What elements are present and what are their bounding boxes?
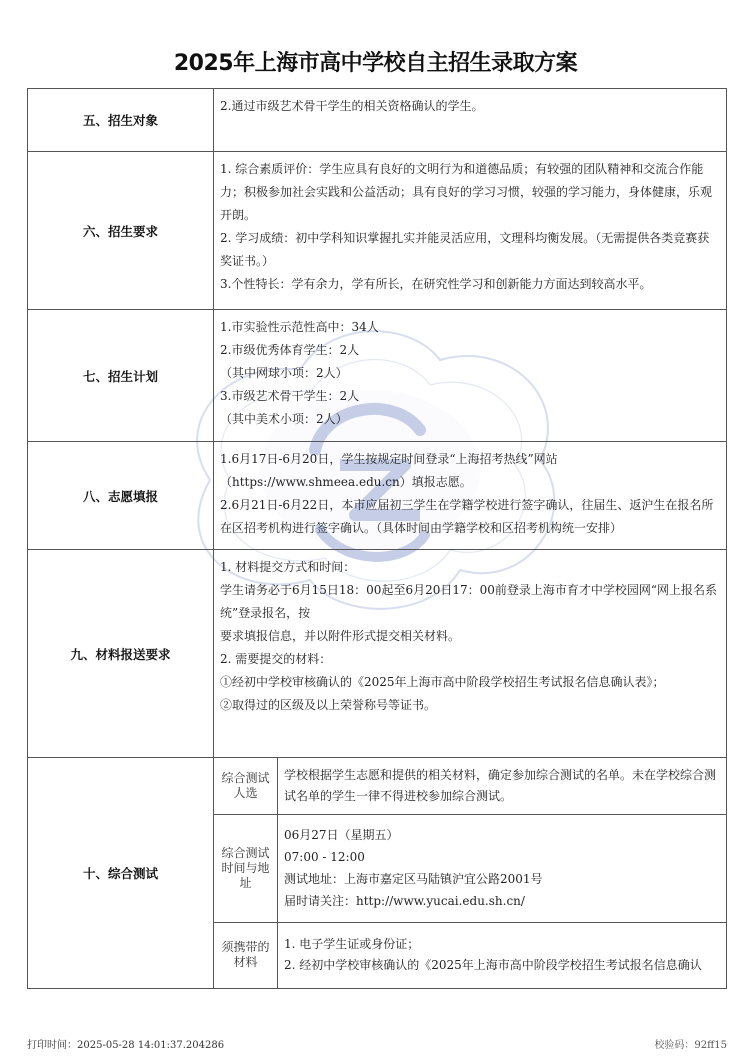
content-line: 3.个性特长：学有余力，学有所长，在研究性学习和创新能力方面达到较高水平。	[220, 273, 720, 296]
content-line: ②取得过的区级及以上荣誉称号等证书。	[220, 694, 720, 717]
section-content: 1. 材料提交方式和时间： 学生请务必于6月15日18：00起至6月20日17：…	[214, 550, 727, 758]
content-line: 1. 材料提交方式和时间：	[220, 556, 720, 579]
subrow-content: 06月27日（星期五） 07:00 - 12:00 测试地址：上海市嘉定区马陆镇…	[278, 814, 727, 922]
comprehensive-test-subtable: 综合测试人选 学校根据学生志愿和提供的相关材料，确定参加综合测试的名单。未在学校…	[214, 758, 726, 988]
section-row-materials: 九、材料报送要求 1. 材料提交方式和时间： 学生请务必于6月15日18：00起…	[28, 550, 727, 758]
content-line: （其中美术小项：2人）	[220, 408, 720, 431]
check-code: 校验码：92ff15	[654, 1036, 727, 1051]
section-label: 九、材料报送要求	[28, 550, 214, 758]
subrow-content: 学校根据学生志愿和提供的相关材料，确定参加综合测试的名单。未在学校综合测试名单的…	[278, 758, 727, 814]
content-line: ①经初中学校审核确认的《2025年上海市高中阶段学校招生考试报名信息确认表》；	[220, 671, 720, 694]
content-line: 2. 需要提交的材料：	[220, 648, 720, 671]
section-content: 综合测试人选 学校根据学生志愿和提供的相关材料，确定参加综合测试的名单。未在学校…	[214, 758, 727, 989]
content-line: 1.市实验性示范性高中：34人	[220, 316, 720, 339]
section-content: 1.市实验性示范性高中：34人 2.市级优秀体育学生：2人 （其中网球小项：2人…	[214, 310, 727, 442]
section-row-targets: 五、招生对象 2.通过市级艺术骨干学生的相关资格确认的学生。	[28, 89, 727, 152]
section-row-application: 八、志愿填报 1.6月17日-6月20日，学生按规定时间登录“上海招考热线”网站…	[28, 442, 727, 550]
admission-plan-table: 五、招生对象 2.通过市级艺术骨干学生的相关资格确认的学生。 六、招生要求 1.…	[27, 88, 727, 989]
section-row-plan: 七、招生计划 1.市实验性示范性高中：34人 2.市级优秀体育学生：2人 （其中…	[28, 310, 727, 442]
content-line: 1.6月17日-6月20日，学生按规定时间登录“上海招考热线”网站（https:…	[220, 448, 720, 494]
subrow-label: 综合测试人选	[214, 758, 278, 814]
subrow-label: 综合测试时间与地址	[214, 814, 278, 922]
subrow-time-address: 综合测试时间与地址 06月27日（星期五） 07:00 - 12:00 测试地址…	[214, 814, 726, 922]
content-line: （其中网球小项：2人）	[220, 362, 720, 385]
content-line: 07:00 - 12:00	[284, 846, 720, 868]
document-title: 2025年上海市高中学校自主招生录取方案	[0, 46, 751, 77]
section-content: 1.6月17日-6月20日，学生按规定时间登录“上海招考热线”网站（https:…	[214, 442, 727, 550]
section-label: 五、招生对象	[28, 89, 214, 152]
subrow-content: 1. 电子学生证或身份证； 2. 经初中学校审核确认的《2025年上海市高中阶段…	[278, 922, 727, 988]
content-line: 1. 综合素质评价：学生应具有良好的文明行为和道德品质；有较强的团队精神和交流合…	[220, 158, 720, 227]
section-label: 七、招生计划	[28, 310, 214, 442]
section-row-requirements: 六、招生要求 1. 综合素质评价：学生应具有良好的文明行为和道德品质；有较强的团…	[28, 152, 727, 310]
section-row-comprehensive-test: 十、综合测试 综合测试人选 学校根据学生志愿和提供的相关材料，确定参加综合测试的…	[28, 758, 727, 989]
content-line: 要求填报信息，并以附件形式提交相关材料。	[220, 625, 720, 648]
content-line: 2. 经初中学校审核确认的《2025年上海市高中阶段学校招生考试报名信息确认	[284, 955, 720, 976]
content-line: 06月27日（星期五）	[284, 824, 720, 846]
content-line: 2.通过市级艺术骨干学生的相关资格确认的学生。	[220, 95, 720, 118]
content-line: 测试地址：上海市嘉定区马陆镇沪宜公路2001号	[284, 868, 720, 890]
content-line: 1. 电子学生证或身份证；	[284, 934, 720, 955]
section-label: 八、志愿填报	[28, 442, 214, 550]
subrow-candidates: 综合测试人选 学校根据学生志愿和提供的相关材料，确定参加综合测试的名单。未在学校…	[214, 758, 726, 814]
content-line: 学校根据学生志愿和提供的相关材料，确定参加综合测试的名单。未在学校综合测试名单的…	[284, 765, 720, 807]
content-line: 2. 学习成绩：初中学科知识掌握扎实并能灵活应用，文理科均衡发展。（无需提供各类…	[220, 227, 720, 273]
section-content: 2.通过市级艺术骨干学生的相关资格确认的学生。	[214, 89, 727, 152]
section-label: 十、综合测试	[28, 758, 214, 989]
print-time: 打印时间：2025-05-28 14:01:37.204286	[27, 1036, 224, 1051]
content-line: 2.市级优秀体育学生：2人	[220, 339, 720, 362]
section-label: 六、招生要求	[28, 152, 214, 310]
content-line: 2.6月21日-6月22日，本市应届初三学生在学籍学校进行签字确认，往届生、返沪…	[220, 494, 720, 540]
subrow-label: 须携带的材料	[214, 922, 278, 988]
section-content: 1. 综合素质评价：学生应具有良好的文明行为和道德品质；有较强的团队精神和交流合…	[214, 152, 727, 310]
subrow-required-materials: 须携带的材料 1. 电子学生证或身份证； 2. 经初中学校审核确认的《2025年…	[214, 922, 726, 988]
content-line: 3.市级艺术骨干学生：2人	[220, 385, 720, 408]
content-line: 届时请关注：http://www.yucai.edu.sh.cn/	[284, 890, 720, 912]
content-line: 学生请务必于6月15日18：00起至6月20日17：00前登录上海市育才中学校园…	[220, 579, 720, 625]
